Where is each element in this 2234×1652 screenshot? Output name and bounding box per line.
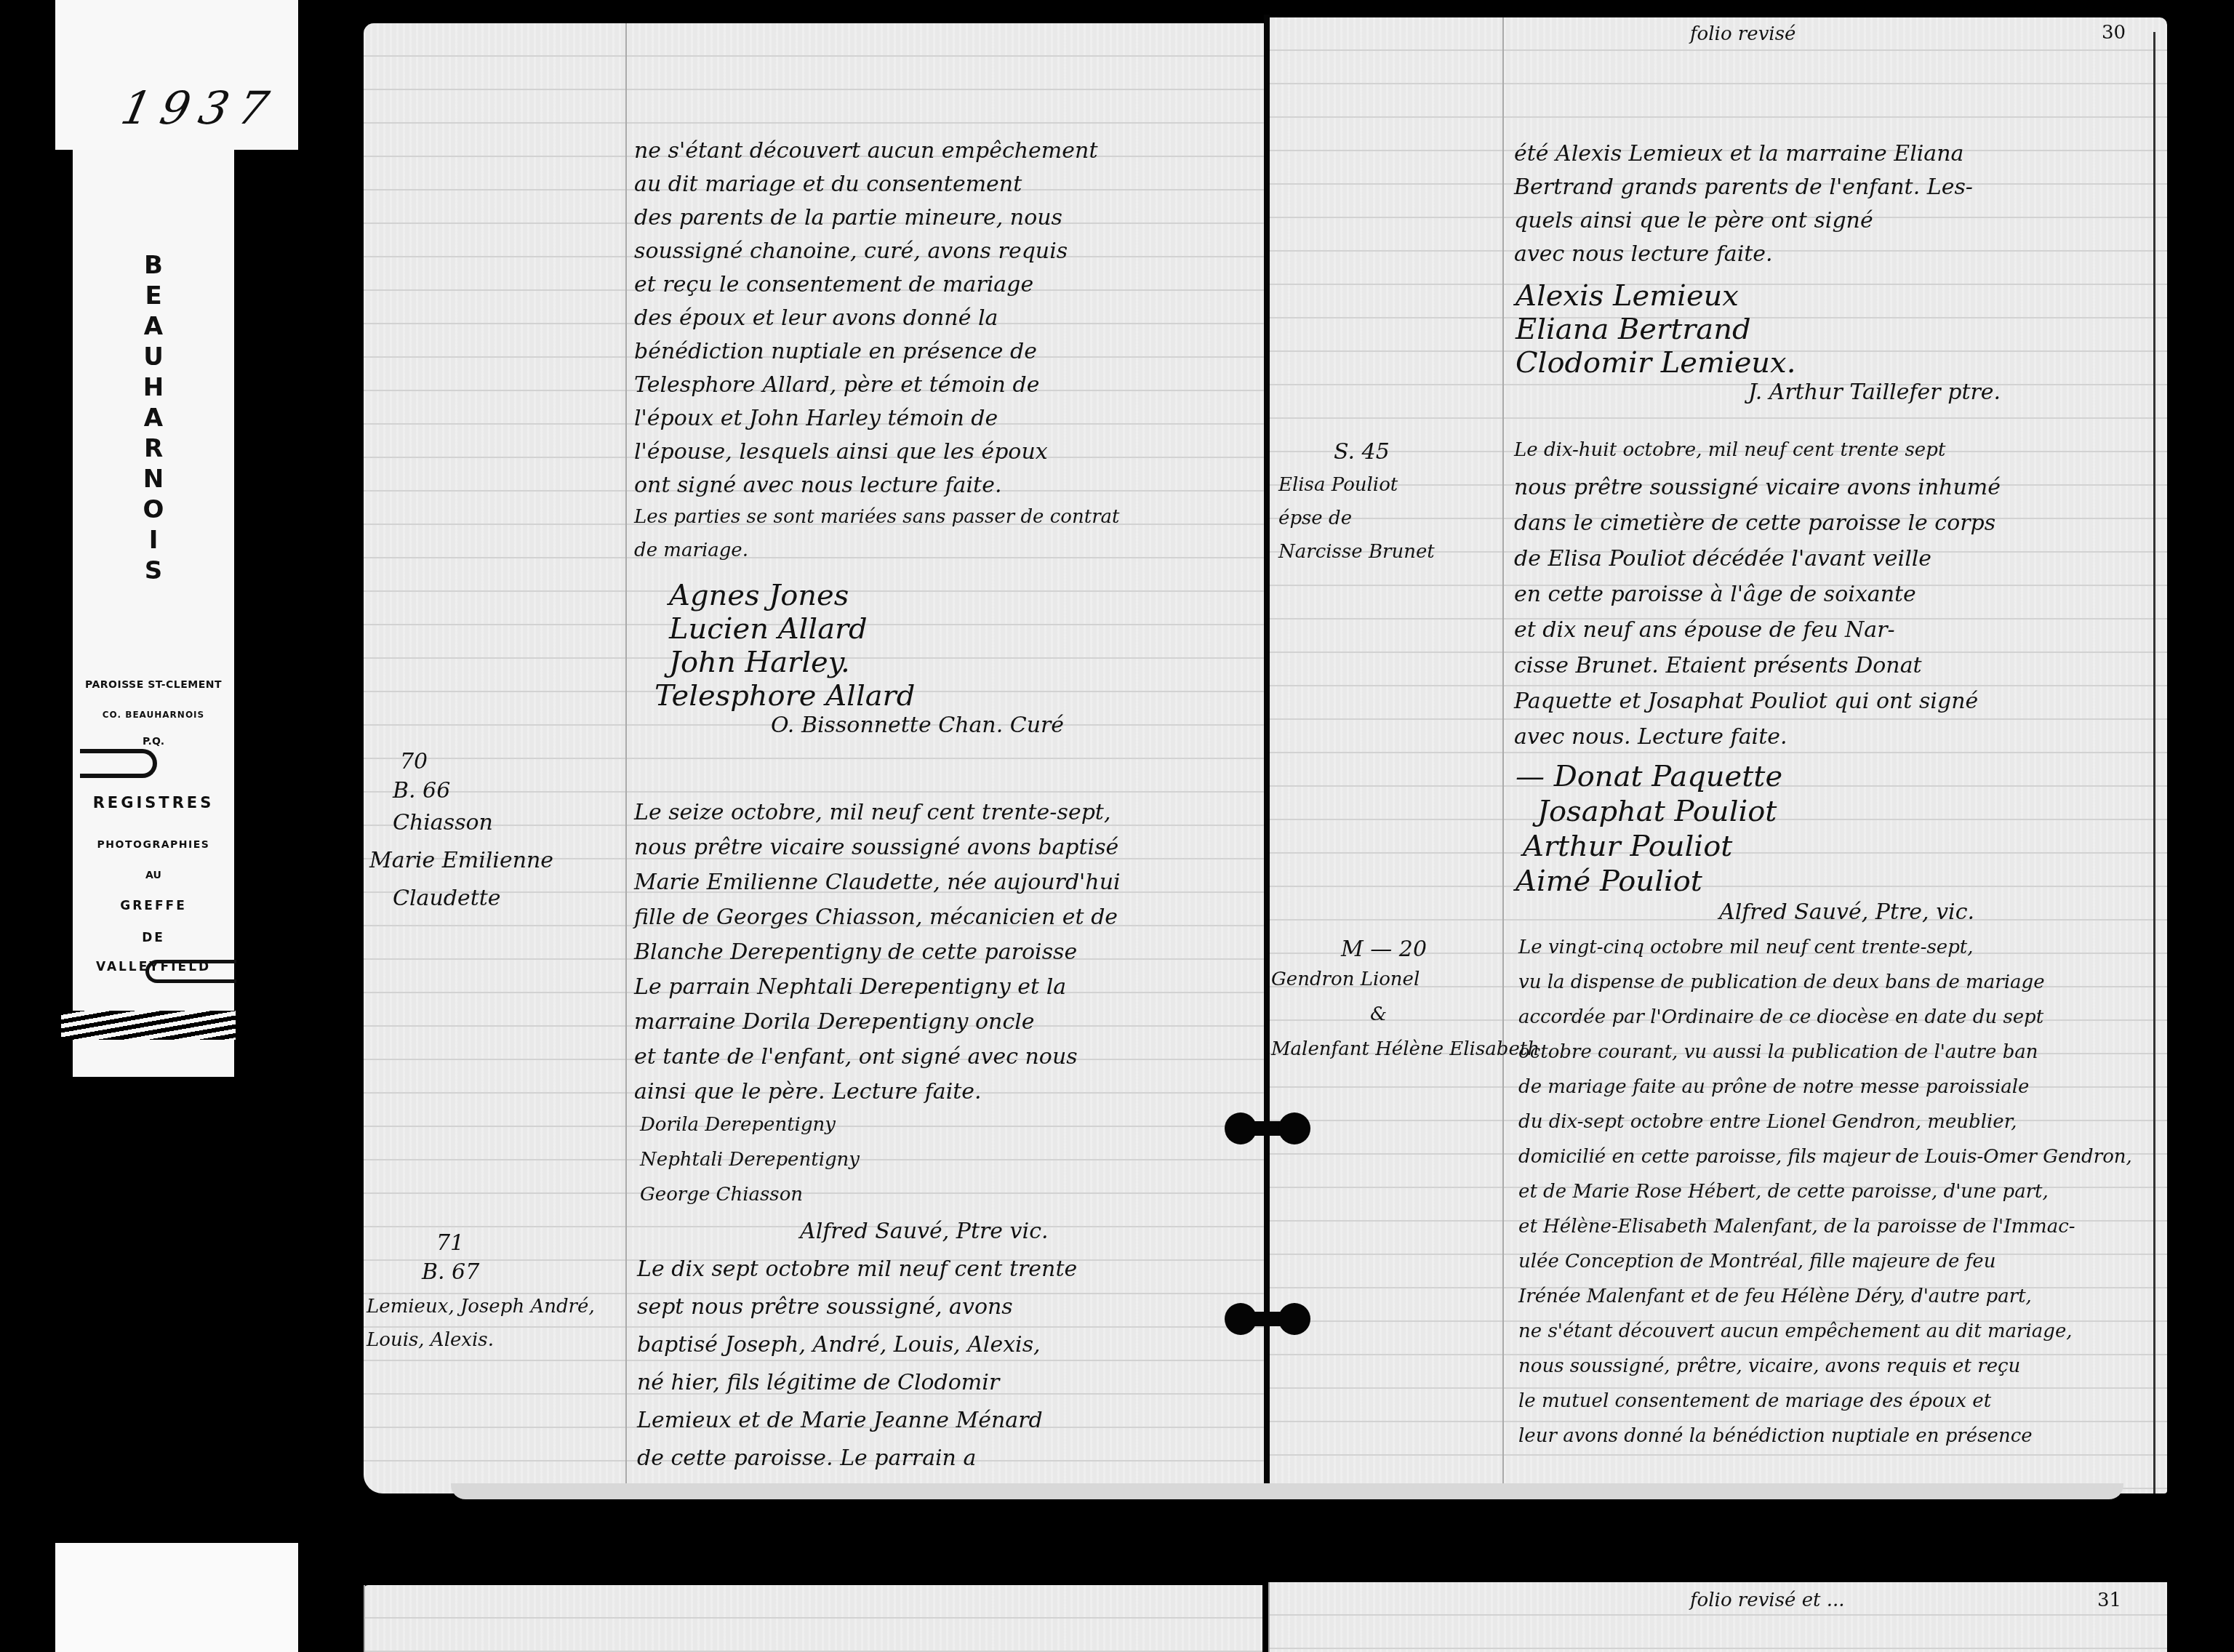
margin-name: Lemieux, Joseph André, bbox=[367, 1296, 595, 1318]
signature: — Donat Paquette bbox=[1516, 760, 1782, 793]
margin-name: Louis, Alexis. bbox=[367, 1329, 494, 1351]
signature: Eliana Bertrand bbox=[1516, 313, 1751, 346]
entry-text-line: leur avons donné la bénédiction nuptiale… bbox=[1518, 1425, 2033, 1447]
binding-ring-icon bbox=[1225, 1303, 1310, 1335]
signature: Nephtali Derepentigny bbox=[640, 1149, 860, 1171]
margin-name: épse de bbox=[1278, 508, 1352, 529]
place-letter: A bbox=[73, 311, 234, 342]
signature: Telesphore Allard bbox=[654, 679, 915, 713]
strip-shadow bbox=[61, 1011, 236, 1040]
place-letter: A bbox=[73, 403, 234, 433]
signature: Aimé Pouliot bbox=[1516, 865, 1702, 898]
de-label: DE bbox=[73, 931, 234, 945]
margin-name: Elisa Pouliot bbox=[1278, 474, 1398, 496]
province-label: P.Q. bbox=[73, 736, 234, 747]
binding-ring-icon bbox=[1225, 1112, 1310, 1144]
entry-text-line: des époux et leur avons donné la bbox=[634, 305, 998, 331]
margin-rule bbox=[1502, 17, 1504, 1493]
entry-text-line: sept nous prêtre soussigné, avons bbox=[637, 1294, 1013, 1320]
place-letter: B bbox=[73, 250, 234, 281]
entry-text-line: et dix neuf ans épouse de feu Nar- bbox=[1514, 617, 1895, 643]
entry-text-line: Le dix sept octobre mil neuf cent trente bbox=[637, 1256, 1077, 1282]
margin-name: Marie Emilienne bbox=[369, 848, 553, 873]
entry-text-line: ulée Conception de Montréal, fille majeu… bbox=[1518, 1251, 1995, 1272]
signature: Clodomir Lemieux. bbox=[1516, 346, 1795, 380]
signature: Dorila Derepentigny bbox=[640, 1114, 836, 1136]
margin-name: Malenfant Hélène Elisabeth bbox=[1271, 1038, 1540, 1060]
signature: J. Arthur Taillefer ptre. bbox=[1748, 380, 2001, 405]
next-page-number: 31 bbox=[2097, 1589, 2121, 1611]
signature: George Chiasson bbox=[640, 1184, 803, 1206]
entry-text-line: nous soussigné, prêtre, vicaire, avons r… bbox=[1518, 1355, 2020, 1377]
entry-text-line: de mariage faite au prône de notre messe… bbox=[1518, 1076, 2030, 1098]
entry-text-line: du dix-sept octobre entre Lionel Gendron… bbox=[1518, 1111, 2017, 1133]
paper-clip-icon bbox=[80, 749, 157, 778]
signature: Josaphat Pouliot bbox=[1537, 795, 1777, 828]
film-label-strip: BEAUHARNOIS PAROISSE ST-CLEMENT CO. BEAU… bbox=[73, 150, 234, 1077]
next-frame-page-right: folio revisé et ... 31 bbox=[1268, 1582, 2167, 1652]
entry-code: B. 67 bbox=[422, 1259, 479, 1285]
entry-number: 71 bbox=[436, 1230, 464, 1256]
entry-text-line: de mariage. bbox=[634, 540, 748, 561]
entry-text-line: né hier, fils légitime de Clodomir bbox=[637, 1370, 999, 1395]
signature: Alexis Lemieux bbox=[1516, 279, 1739, 313]
entry-text-line: de cette paroisse. Le parrain a bbox=[637, 1445, 976, 1471]
parish-label: PAROISSE ST-CLEMENT bbox=[73, 679, 234, 691]
greffe-label: GREFFE bbox=[73, 899, 234, 913]
page-edge bbox=[2153, 32, 2155, 1493]
entry-text-line: Irénée Malenfant et de feu Hélène Déry, … bbox=[1518, 1286, 2032, 1307]
registres-label: REGISTRES bbox=[73, 794, 234, 811]
next-frame-page-left bbox=[364, 1585, 1262, 1652]
entry-text-line: et reçu le consentement de mariage bbox=[634, 272, 1033, 297]
next-folio-note: folio revisé et ... bbox=[1690, 1589, 1845, 1611]
signature: Arthur Pouliot bbox=[1523, 830, 1732, 863]
entry-text-line: avec nous lecture faite. bbox=[1514, 241, 1773, 267]
entry-text-line: Paquette et Josaphat Pouliot qui ont sig… bbox=[1514, 689, 1978, 714]
margin-name: Chiasson bbox=[393, 810, 493, 835]
entry-text-line: Le seize octobre, mil neuf cent trente-s… bbox=[634, 800, 1110, 825]
entry-text-line: cisse Brunet. Etaient présents Donat bbox=[1514, 653, 1922, 678]
signature: Lucien Allard bbox=[669, 612, 868, 646]
entry-text-line: été Alexis Lemieux et la marraine Eliana bbox=[1514, 141, 1963, 167]
signature: Alfred Sauvé, Ptre, vic. bbox=[1719, 899, 1974, 925]
entry-text-line: domicilié en cette paroisse, fils majeur… bbox=[1518, 1146, 2132, 1168]
margin-rule bbox=[625, 23, 627, 1493]
place-letter: E bbox=[73, 281, 234, 311]
signature: Agnes Jones bbox=[669, 579, 849, 612]
entry-text-line: Blanche Derepentigny de cette paroisse bbox=[634, 939, 1077, 965]
place-name-vertical: BEAUHARNOIS bbox=[73, 250, 234, 586]
signature: Alfred Sauvé, Ptre vic. bbox=[800, 1219, 1048, 1244]
entry-text-line: Lemieux et de Marie Jeanne Ménard bbox=[637, 1408, 1043, 1433]
folio-note: folio revisé bbox=[1690, 23, 1795, 45]
entry-text-line: Bertrand grands parents de l'enfant. Les… bbox=[1514, 175, 1973, 200]
margin-name: Claudette bbox=[393, 886, 501, 911]
entry-text-line: Marie Emilienne Claudette, née aujourd'h… bbox=[634, 870, 1121, 895]
margin-name: Narcisse Brunet bbox=[1278, 541, 1435, 563]
entry-text-line: nous prêtre soussigné vicaire avons inhu… bbox=[1514, 475, 2001, 500]
entry-text-line: accordée par l'Ordinaire de ce diocèse e… bbox=[1518, 1006, 2043, 1028]
entry-text-line: de Elisa Pouliot décédée l'avant veille bbox=[1514, 546, 1931, 572]
photographies-label: PHOTOGRAPHIES bbox=[73, 839, 234, 851]
entry-text-line: des parents de la partie mineure, nous bbox=[634, 205, 1062, 230]
au-label: AU bbox=[73, 870, 234, 881]
entry-text-line: dans le cimetière de cette paroisse le c… bbox=[1514, 510, 1995, 536]
place-letter: N bbox=[73, 464, 234, 494]
entry-text-line: Le dix-huit octobre, mil neuf cent trent… bbox=[1514, 439, 1945, 461]
entry-code: M — 20 bbox=[1341, 937, 1427, 962]
next-frame-label-card bbox=[55, 1543, 298, 1652]
entry-text-line: quels ainsi que le père ont signé bbox=[1514, 208, 1873, 233]
page-number: 30 bbox=[2102, 22, 2126, 44]
entry-text-line: l'épouse, lesquels ainsi que les époux bbox=[634, 439, 1048, 465]
entry-text-line: le mutuel consentement de mariage des ép… bbox=[1518, 1390, 1991, 1412]
entry-text-line: octobre courant, vu aussi la publication… bbox=[1518, 1041, 2038, 1063]
margin-name: & bbox=[1370, 1003, 1387, 1025]
place-letter: U bbox=[73, 342, 234, 372]
entry-code: S. 45 bbox=[1334, 439, 1390, 465]
entry-text-line: Telesphore Allard, père et témoin de bbox=[634, 372, 1039, 398]
entry-text-line: et de Marie Rose Hébert, de cette parois… bbox=[1518, 1181, 2049, 1203]
place-letter: O bbox=[73, 494, 234, 525]
entry-text-line: et Hélène-Elisabeth Malenfant, de la par… bbox=[1518, 1216, 2075, 1238]
place-letter: I bbox=[73, 525, 234, 556]
entry-text-line: fille de Georges Chiasson, mécanicien et… bbox=[634, 905, 1118, 930]
place-letter: S bbox=[73, 556, 234, 586]
entry-code: B. 66 bbox=[393, 778, 450, 803]
entry-text-line: et tante de l'enfant, ont signé avec nou… bbox=[634, 1044, 1078, 1070]
entry-text-line: l'époux et John Harley témoin de bbox=[634, 406, 998, 431]
entry-text-line: ne s'étant découvert aucun empêchement bbox=[634, 138, 1097, 164]
entry-text-line: ont signé avec nous lecture faite. bbox=[634, 473, 1001, 498]
entry-number: 70 bbox=[400, 749, 428, 774]
entry-text-line: ne s'étant découvert aucun empêchement a… bbox=[1518, 1320, 2073, 1342]
film-year: 1937 bbox=[116, 81, 283, 135]
place-letter: H bbox=[73, 372, 234, 403]
entry-text-line: ainsi que le père. Lecture faite. bbox=[634, 1079, 982, 1104]
signature: O. Bissonnette Chan. Curé bbox=[771, 713, 1064, 738]
entry-text-line: nous prêtre vicaire soussigné avons bapt… bbox=[634, 835, 1118, 860]
entry-text-line: Le parrain Nephtali Derepentigny et la bbox=[634, 974, 1066, 1000]
page-bottom-edge bbox=[451, 1483, 2123, 1499]
margin-name: Gendron Lionel bbox=[1271, 969, 1420, 990]
entry-text-line: baptisé Joseph, André, Louis, Alexis, bbox=[637, 1332, 1041, 1358]
register-page-left: ne s'étant découvert aucun empêchementau… bbox=[364, 23, 1264, 1493]
year-label-card: 1937 bbox=[55, 0, 298, 150]
entry-text-line: Le vingt-cinq octobre mil neuf cent tren… bbox=[1518, 937, 1974, 958]
signature: John Harley. bbox=[669, 646, 850, 679]
entry-text-line: vu la dispense de publication de deux ba… bbox=[1518, 971, 2045, 993]
place-letter: R bbox=[73, 433, 234, 464]
entry-text-line: au dit mariage et du consentement bbox=[634, 172, 1022, 197]
county-label: CO. BEAUHARNOIS bbox=[73, 710, 234, 720]
book-spine bbox=[1264, 15, 1270, 1498]
register-page-right: folio revisé 30 été Alexis Lemieux et la… bbox=[1268, 17, 2167, 1493]
entry-text-line: bénédiction nuptiale en présence de bbox=[634, 339, 1037, 364]
paper-clip-icon bbox=[145, 960, 236, 983]
entry-text-line: marraine Dorila Derepentigny oncle bbox=[634, 1009, 1035, 1035]
margin-rule bbox=[364, 1585, 365, 1652]
margin-rule bbox=[1268, 1582, 1270, 1652]
entry-text-line: avec nous. Lecture faite. bbox=[1514, 724, 1787, 750]
entry-text-line: en cette paroisse à l'âge de soixante bbox=[1514, 582, 1916, 607]
entry-text-line: Les parties se sont mariées sans passer … bbox=[634, 506, 1120, 528]
entry-text-line: soussigné chanoine, curé, avons requis bbox=[634, 238, 1068, 264]
